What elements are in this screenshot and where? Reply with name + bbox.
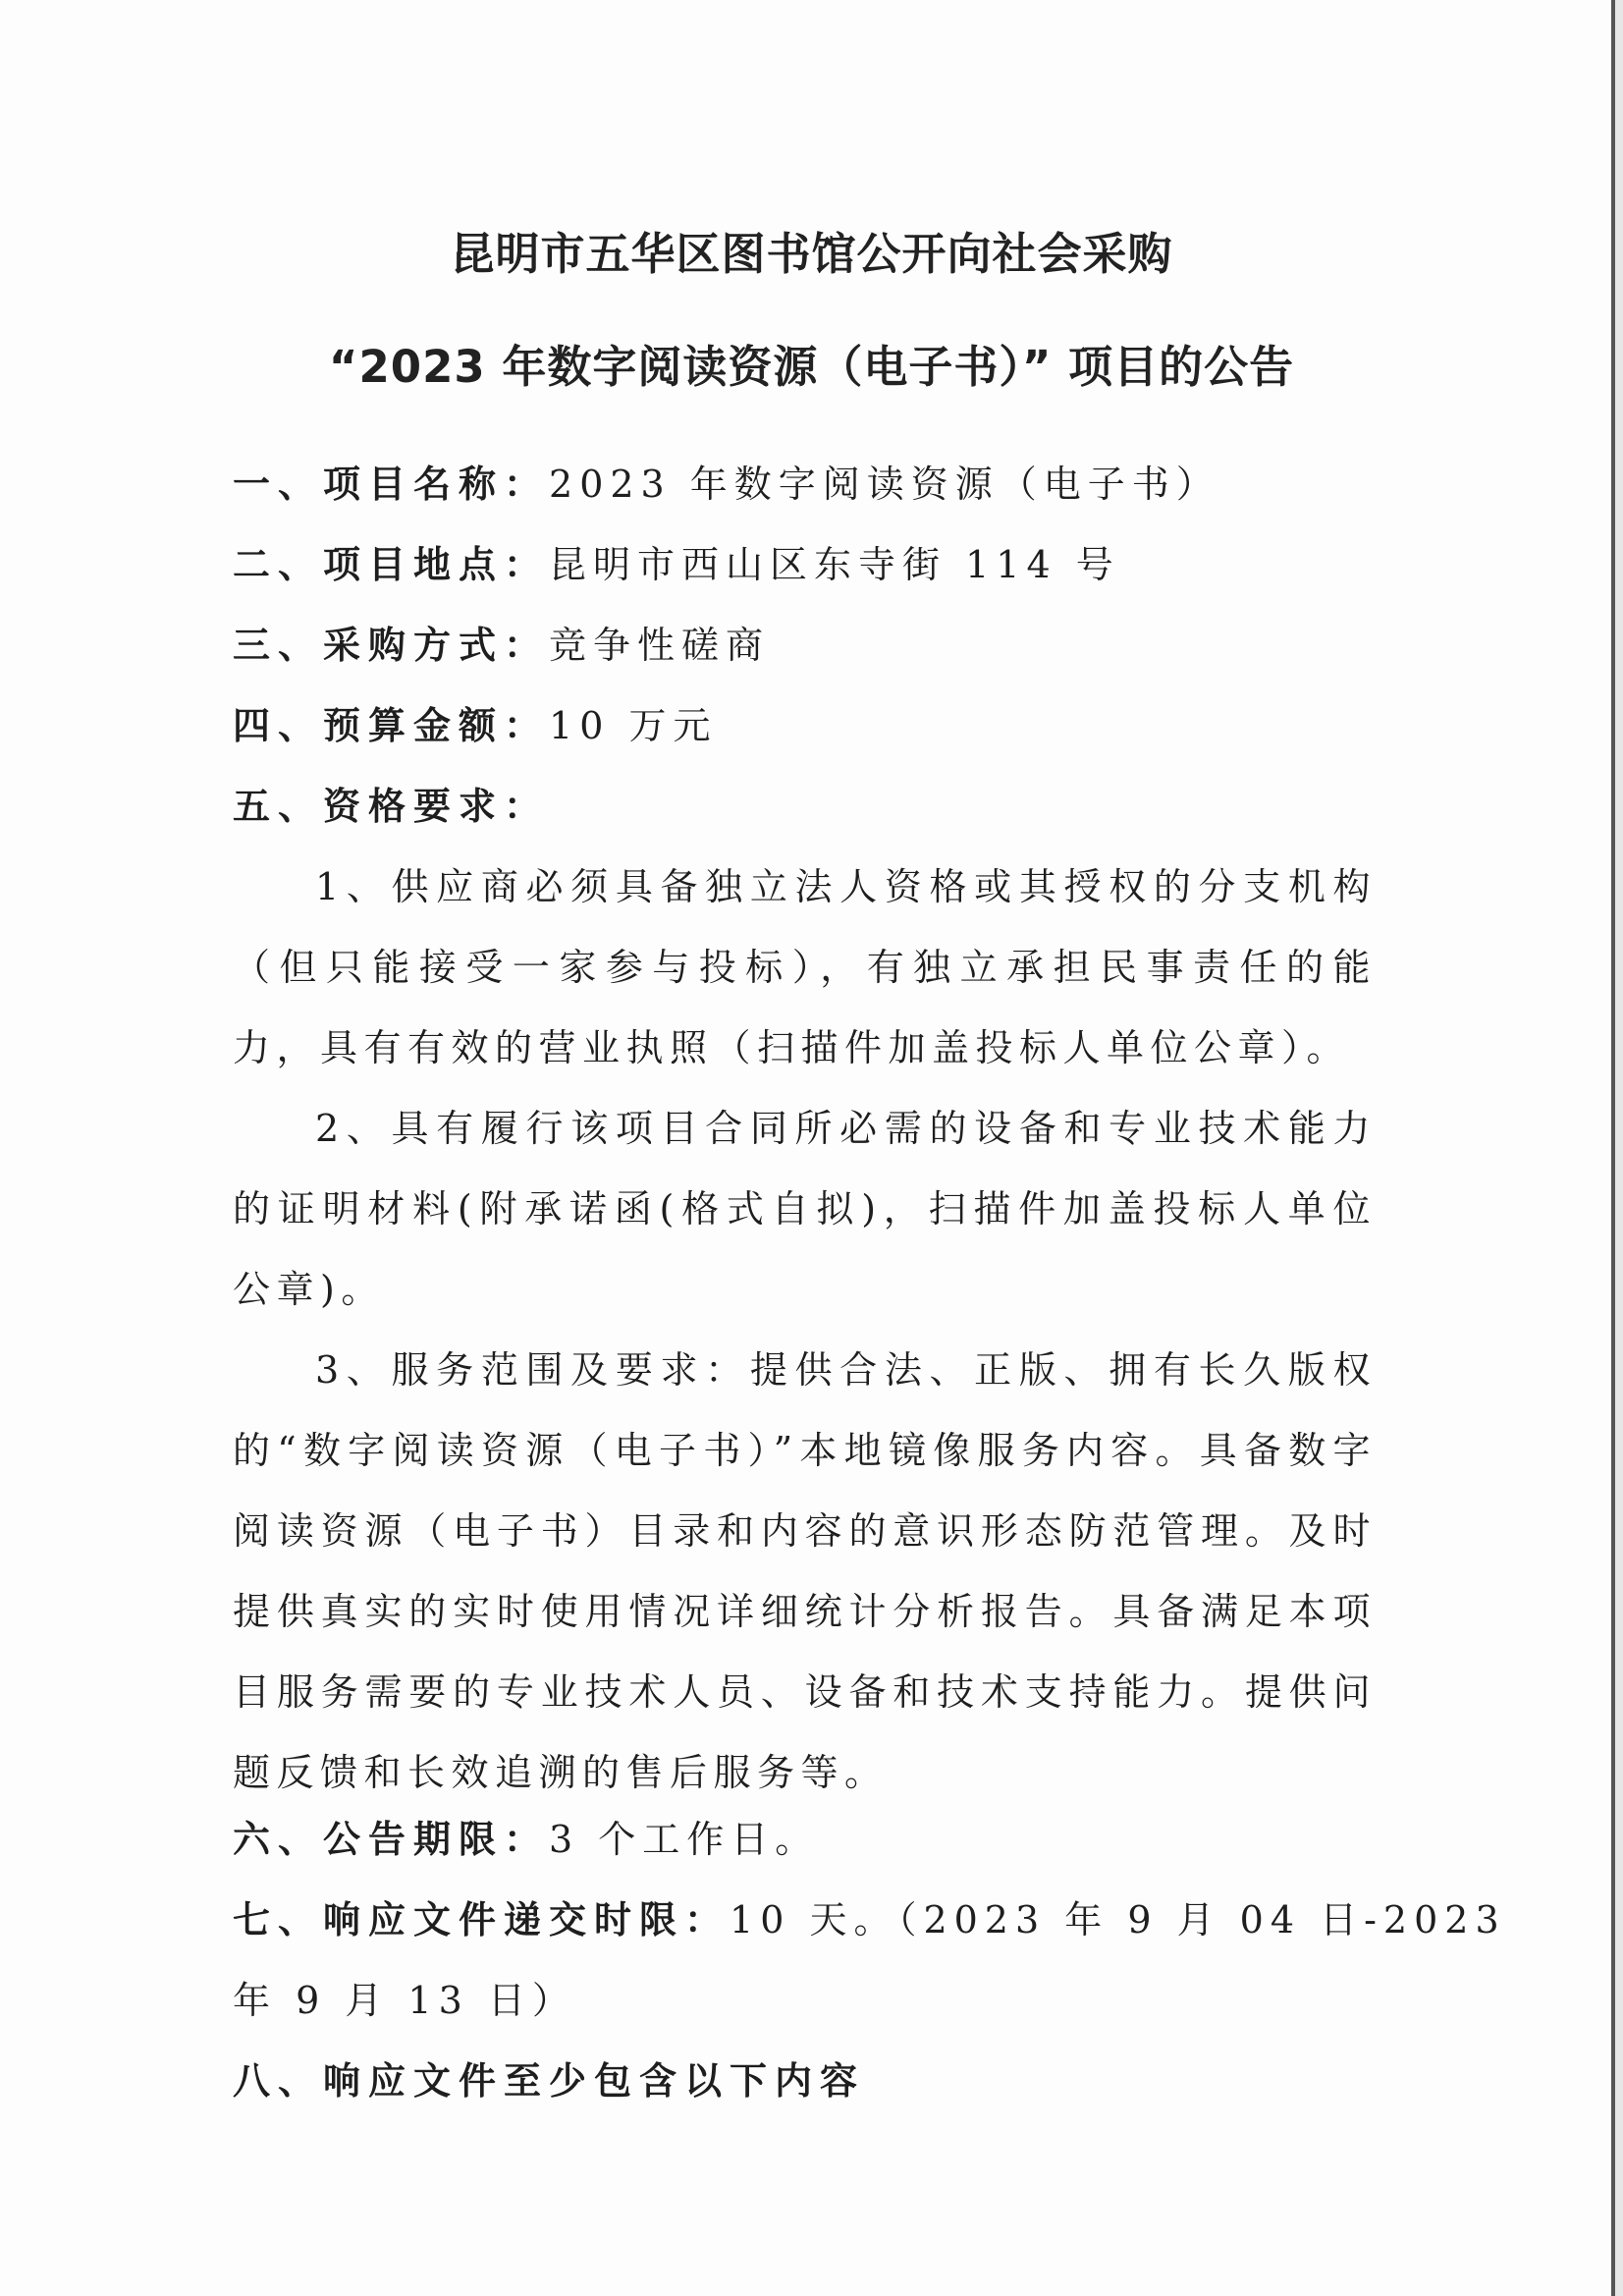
section-procurement-method: 三、采购方式：竞争性磋商 <box>233 615 770 669</box>
requirement-2: 2、具有履行该项目合同所必需的设备和专业技术能力的证明材料(附承诺函(格式自拟)… <box>233 1088 1377 1330</box>
section-heading: 八、响应文件至少包含以下内容 <box>233 2059 865 2103</box>
section-text: 3 个工作日。 <box>549 1818 819 1861</box>
document-title-line1: 昆明市五华区图书馆公开向社会采购 <box>0 218 1623 282</box>
section-heading: 五、资格要求： <box>233 785 549 828</box>
section-notice-period: 六、公告期限：3 个工作日。 <box>233 1809 819 1863</box>
requirement-1: 1、供应商必须具备独立法人资格或其授权的分支机构（但只能接受一家参与投标），有独… <box>233 847 1377 1088</box>
section-project-location: 二、项目地点：昆明市西山区东寺街 114 号 <box>233 534 1120 588</box>
section-text: 2023 年数字阅读资源（电子书） <box>549 463 1220 506</box>
section-response-contents: 八、响应文件至少包含以下内容 <box>233 2050 865 2105</box>
section-heading: 二、项目地点： <box>233 543 549 586</box>
section-text: 10 天。（2023 年 9 月 04 日-2023 <box>730 1898 1506 1941</box>
section-heading: 六、公告期限： <box>233 1818 549 1861</box>
section-project-name: 一、项目名称：2023 年数字阅读资源（电子书） <box>233 454 1220 508</box>
requirement-3: 3、服务范围及要求：提供合法、正版、拥有长久版权的“数字阅读资源（电子书）”本地… <box>233 1330 1377 1813</box>
section-text: 竞争性磋商 <box>549 624 770 667</box>
section-text: 昆明市西山区东寺街 114 号 <box>549 543 1120 586</box>
section-submission-deadline: 七、响应文件递交时限：10 天。（2023 年 9 月 04 日-2023 <box>233 1889 1506 1943</box>
section-heading: 三、采购方式： <box>233 624 549 667</box>
section-heading: 一、项目名称： <box>233 463 549 506</box>
section-budget: 四、预算金额：10 万元 <box>233 695 717 749</box>
section-submission-deadline-cont: 年 9 月 13 日） <box>233 1970 576 2024</box>
section-heading: 七、响应文件递交时限： <box>233 1898 730 1941</box>
section-heading: 四、预算金额： <box>233 704 549 747</box>
document-title-line2: “2023 年数字阅读资源（电子书）” 项目的公告 <box>0 331 1623 395</box>
section-text: 10 万元 <box>549 704 717 747</box>
section-qualification: 五、资格要求： <box>233 776 549 830</box>
